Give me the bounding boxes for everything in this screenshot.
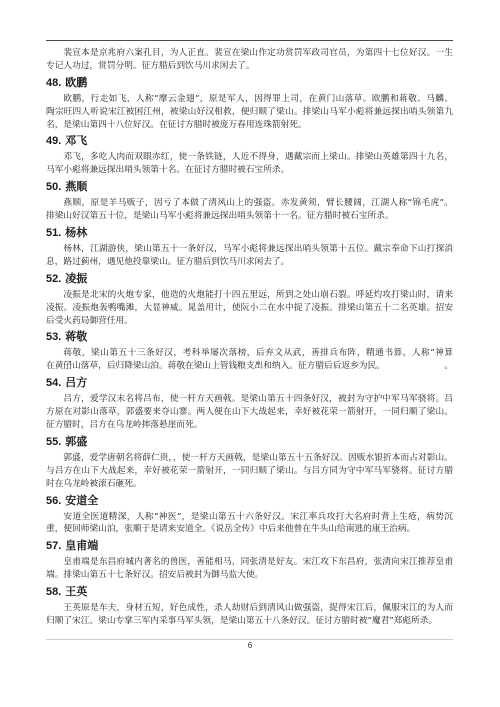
entry-name: 邓飞	[65, 135, 87, 147]
entry-heading: 56.安道全	[46, 491, 453, 509]
entry-number: 49.	[46, 135, 61, 147]
entry-name: 吕方	[65, 377, 87, 389]
entry-name: 蒋敬	[65, 331, 87, 343]
entry-paragraph: 郭盛，爱学唐朝名将薛仁贵，，使一杆方天画戟，是梁山第五十五条好汉。因贩水银折本而…	[46, 452, 453, 491]
entry-55: 55.郭盛 郭盛，爱学唐朝名将薛仁贵，，使一杆方天画戟，是梁山第五十五条好汉。因…	[46, 432, 453, 491]
entry-name: 安道全	[65, 495, 98, 507]
entry-heading: 51.杨林	[46, 223, 453, 241]
entry-number: 52.	[46, 273, 61, 285]
paragraph-line: 重，便回师梁山泊，张顺于是请来安道全。《说岳全传》中后来他曾在牛头山给南逃的康王…	[46, 523, 453, 536]
entry-paragraph: 吕方，爱学汉末名将吕布，使一杆方天画戟。是梁山第五十四条好汉，被封为守护中军马军…	[46, 393, 453, 432]
paragraph-line: 陶宗旺四人听说宋江被困江州，被梁山好汉相救，便归顺了梁山。排梁山马军小彪将兼远探…	[46, 106, 453, 119]
entry-57: 57.皇甫端 皇甫端是东昌府城内著名的兽医，善能相马，同张清是好友。宋江攻下东昌…	[46, 536, 453, 582]
entry-52: 52.凌振 凌振是北宋的火炮专家，他造的火炮能打十四五里远，所到之处山崩石裂。呼…	[46, 269, 453, 328]
paragraph-line: 与吕方在山下大战起来，幸好被花荣一箭射开，一同归顺了梁山。与吕方同为守中军马军骁…	[46, 465, 453, 478]
entry-heading: 54.吕方	[46, 373, 453, 391]
paragraph-line: 马军小彪将兼远探出哨头领第十名。在征讨方腊时被石宝所杀。	[46, 164, 453, 177]
paragraph-line: 归顺了宋江。梁山专掌三军内采事马军头领，是梁山第五十八条好汉。征讨方腊时被“魔君…	[46, 615, 453, 628]
entry-heading: 57.皇甫端	[46, 536, 453, 554]
entry-paragraph: 欧鹏，行走如飞，人称“摩云金翅”，原是军人，因得罪上司，在黄门山落草。欧鹏和蒋敬…	[46, 93, 453, 132]
paragraph-line: 专记人功过，赏罚分明。征方腊后到饮马川求闲去了。	[46, 60, 453, 73]
paragraph-line: 安道全医道精深，人称“神医”，是梁山第五十六条好汉。宋江率兵攻打大名府时背上生疮…	[46, 511, 453, 524]
entry-heading: 49.邓飞	[46, 131, 453, 149]
paragraph-line: 皇甫端是东昌府城内著名的兽医，善能相马，同张清是好友。宋江攻下东昌府，张清向宋江…	[46, 556, 453, 569]
entry-number: 56.	[46, 495, 61, 507]
paragraph-line: 裴宣本是京兆府六案孔目，为人正直。裴宣在梁山作定功赏罚军政司官员，为第四十七位好…	[46, 47, 453, 60]
entry-54: 54.吕方 吕方，爱学汉末名将吕布，使一杆方天画戟。是梁山第五十四条好汉，被封为…	[46, 373, 453, 432]
header-rule	[46, 40, 453, 41]
entry-heading: 52.凌振	[46, 269, 453, 287]
page-number: 6	[0, 641, 500, 651]
entry-number: 48.	[46, 77, 61, 89]
paragraph-line: 吕方，爱学汉末名将吕布，使一杆方天画戟。是梁山第五十四条好汉，被封为守护中军马军…	[46, 393, 453, 406]
page-content: 裴宣本是京兆府六案孔目，为人正直。裴宣在梁山作定功赏罚军政司官员，为第四十七位好…	[46, 47, 453, 628]
paragraph-line: 征方腊时，吕方在乌龙岭摔落悬崖而死。	[46, 419, 453, 432]
paragraph-line: 蒋敬，梁山第五十三条好汉，考科举屡次落榜，后弃文从武，善排兵布阵，精通书算，人称…	[46, 347, 453, 360]
entry-name: 欧鹏	[65, 77, 87, 89]
paragraph-line: 方原在对影山落草，郭盛要来夺山寨。两人便在山下大战起来，幸好被花荣一箭射开，一同…	[46, 406, 453, 419]
paragraph-line: 王英原是车夫，身材五短，好色成性，杀人劫财后到清风山做强盗，捉得宋江后，佩服宋江…	[46, 602, 453, 615]
paragraph-line: 燕顺，原是羊马贩子，因亏了本做了清风山上的强盗。赤发黄须，臂长腰阔，江湖人称“锦…	[46, 197, 453, 210]
entry-name: 杨林	[65, 227, 87, 239]
entry-56: 56.安道全 安道全医道精深，人称“神医”，是梁山第五十六条好汉。宋江率兵攻打大…	[46, 491, 453, 537]
entry-name: 凌振	[65, 273, 87, 285]
intro-paragraph: 裴宣本是京兆府六案孔目，为人正直。裴宣在梁山作定功赏罚军政司官员，为第四十七位好…	[46, 47, 453, 73]
paragraph-line: 息，路过蓟州，遇见他投靠梁山。征方腊后到饮马川求闲去了。	[46, 256, 453, 269]
document-page: 裴宣本是京兆府六案孔目，为人正直。裴宣在梁山作定功赏罚军政司官员，为第四十七位好…	[0, 0, 500, 707]
paragraph-line: 后受火药局御营任用。	[46, 315, 453, 328]
entry-name: 王英	[65, 586, 87, 598]
entry-paragraph: 安道全医道精深，人称“神医”，是梁山第五十六条好汉。宋江率兵攻打大名府时背上生疮…	[46, 511, 453, 537]
entry-paragraph: 皇甫端是东昌府城内著名的兽医，善能相马，同张清是好友。宋江攻下东昌府，张清向宋江…	[46, 556, 453, 582]
entry-heading: 55.郭盛	[46, 432, 453, 450]
paragraph-line: 欧鹏，行走如飞，人称“摩云金翅”，原是军人，因得罪上司，在黄门山落草。欧鹏和蒋敬…	[46, 93, 453, 106]
paragraph-line: 凌振是北宋的火炮专家，他造的火炮能打十四五里远，所到之处山崩石裂。呼延灼攻打梁山…	[46, 289, 453, 302]
entry-number: 55.	[46, 436, 61, 448]
entry-53: 53.蒋敬 蒋敬，梁山第五十三条好汉，考科举屡次落榜，后弃文从武，善排兵布阵，精…	[46, 327, 453, 373]
entry-number: 51.	[46, 227, 61, 239]
paragraph-line: 时在乌龙岭被滚石砸死。	[46, 478, 453, 491]
footer-rule	[46, 639, 453, 640]
entry-number: 50.	[46, 181, 61, 193]
entry-heading: 50.燕顺	[46, 177, 453, 195]
entry-50: 50.燕顺 燕顺，原是羊马贩子，因亏了本做了清风山上的强盗。赤发黄须，臂长腰阔，…	[46, 177, 453, 223]
entry-paragraph: 燕顺，原是羊马贩子，因亏了本做了清风山上的强盗。赤发黄须，臂长腰阔，江湖人称“锦…	[46, 197, 453, 223]
paragraph-line: 凌振。凌振炮轰鸭嘴滩，大显神威。晁盖用计，使阮小二在水中捉了凌振。排梁山第五十二…	[46, 302, 453, 315]
entry-paragraph: 邓飞，多吃人肉而双眼赤红，使一条铁链，人近不得身，遇戴宗而上梁山。排梁山英雄第四…	[46, 151, 453, 177]
entry-name: 皇甫端	[65, 540, 98, 552]
paragraph-line: 名，是梁山第四十八位好汉。在征讨方腊时被庞万春用连珠箭射死。	[46, 119, 453, 132]
entry-number: 54.	[46, 377, 61, 389]
paragraph-line: 端。排梁山第五十七条好汉。招安后被封为御马监大使。	[46, 569, 453, 582]
entry-heading: 53.蒋敬	[46, 327, 453, 345]
entry-heading: 48.欧鹏	[46, 73, 453, 91]
entry-48: 48.欧鹏 欧鹏，行走如飞，人称“摩云金翅”，原是军人，因得罪上司，在黄门山落草…	[46, 73, 453, 132]
entry-paragraph: 杨林，江湖游侠，梁山第五十一条好汉，马军小彪将兼远探出哨头领第十五位。戴宗奉命下…	[46, 243, 453, 269]
entry-number: 53.	[46, 331, 61, 343]
entry-number: 57.	[46, 540, 61, 552]
entry-paragraph: 凌振是北宋的火炮专家，他造的火炮能打十四五里远，所到之处山崩石裂。呼延灼攻打梁山…	[46, 289, 453, 328]
entry-58: 58.王英 王英原是车夫，身材五短，好色成性，杀人劫财后到清风山做强盗，捉得宋江…	[46, 582, 453, 628]
entry-49: 49.邓飞 邓飞，多吃人肉而双眼赤红，使一条铁链，人近不得身，遇戴宗而上梁山。排…	[46, 131, 453, 177]
entry-heading: 58.王英	[46, 582, 453, 600]
entry-number: 58.	[46, 586, 61, 598]
entry-name: 郭盛	[65, 436, 87, 448]
entry-paragraph: 王英原是车夫，身材五短，好色成性，杀人劫财后到清风山做强盗，捉得宋江后，佩服宋江…	[46, 602, 453, 628]
entry-paragraph: 蒋敬，梁山第五十三条好汉，考科举屡次落榜，后弃文从武，善排兵布阵，精通书算，人称…	[46, 347, 453, 373]
paragraph-line: 排梁山好汉第五十位，是梁山马军小彪将兼远探出哨头领第十一名。征方腊时被石宝所杀。	[46, 210, 453, 223]
paragraph-line: 邓飞，多吃人肉而双眼赤红，使一条铁链，人近不得身，遇戴宗而上梁山。排梁山英雄第四…	[46, 151, 453, 164]
entry-51: 51.杨林 杨林，江湖游侠，梁山第五十一条好汉，马军小彪将兼远探出哨头领第十五位…	[46, 223, 453, 269]
paragraph-line: 杨林，江湖游侠，梁山第五十一条好汉，马军小彪将兼远探出哨头领第十五位。戴宗奉命下…	[46, 243, 453, 256]
entry-name: 燕顺	[65, 181, 87, 193]
paragraph-line: 郭盛，爱学唐朝名将薛仁贵，，使一杆方天画戟，是梁山第五十五条好汉。因贩水银折本而…	[46, 452, 453, 465]
